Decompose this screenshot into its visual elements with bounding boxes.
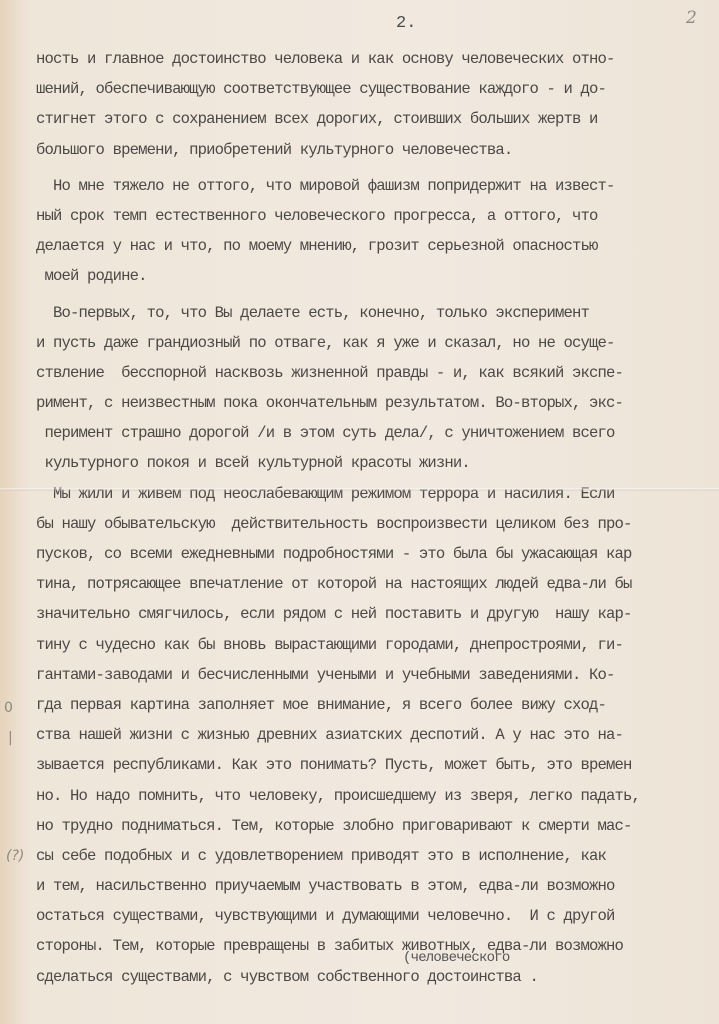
text-line: пусков, со всеми ежедневными подробностя… (36, 539, 716, 569)
handwritten-insertion: (человеческого (403, 950, 509, 966)
text-line: гда первая картина заполняет мое внимани… (36, 690, 716, 720)
text-line: сделаться существами, с чувством собстве… (36, 962, 716, 992)
margin-mark: 0 (4, 700, 13, 716)
page-number: 2. (396, 14, 416, 33)
text-line: стигнет этого с сохранением всех дорогих… (36, 104, 716, 134)
text-line: бы нашу обывательскую действительность в… (36, 509, 716, 539)
text-line: значительно смягчилось, если рядом с ней… (36, 599, 716, 629)
text-line: но трудно подниматься. Тем, которые злоб… (36, 811, 716, 841)
text-line: перимент страшно дорогой /и в этом суть … (36, 418, 716, 448)
typewritten-text: ность и главное достоинство человека и к… (36, 44, 716, 992)
text-line: и пусть даже грандиозный по отваге, как … (36, 328, 716, 358)
document-page: 2. 2 ность и главное достоинство человек… (0, 0, 719, 1024)
text-line: но. Но надо помнить, что человеку, проис… (36, 781, 716, 811)
text-line: моей родине. (36, 261, 716, 291)
text-line: ный срок темп естественного человеческог… (36, 201, 716, 231)
text-line: сы себе подобных и с удовлетворением при… (36, 841, 716, 871)
text-line: ства нашей жизни с жизнью древних азиатс… (36, 720, 716, 750)
text-line: культурного покоя и всей культурной крас… (36, 448, 716, 478)
text-line: Во-первых, то, что Вы делаете есть, коне… (36, 298, 716, 328)
text-line: ность и главное достоинство человека и к… (36, 44, 716, 74)
handwritten-page-number: 2 (686, 8, 697, 28)
text-line: гантами-заводами и бесчисленными учеными… (36, 660, 716, 690)
text-line: делается у нас и что, по моему мнению, г… (36, 231, 716, 261)
text-line: остаться существами, чувствующими и дума… (36, 901, 716, 931)
text-line: тина, потрясающее впечатление от которой… (36, 569, 716, 599)
text-line: Но мне тяжело не оттого, что мировой фаш… (36, 171, 716, 201)
text-line: Мы жили и живем под неослабевающим режим… (36, 479, 716, 509)
text-line: стороны. Тем, которые превращены в забит… (36, 931, 716, 961)
text-line: римент, с неизвестным пока окончательным… (36, 388, 716, 418)
text-line: и тем, насильственно приучаемым участвов… (36, 871, 716, 901)
margin-mark: (?) (6, 848, 24, 864)
text-line: большого времени, приобретений культурно… (36, 135, 716, 165)
text-line: зывается республиками. Как это понимать?… (36, 750, 716, 780)
text-line: шений, обеспечивающую соответствующее су… (36, 74, 716, 104)
text-line: ствление бесспорной насквозь жизненной п… (36, 358, 716, 388)
margin-mark: | (8, 730, 13, 746)
text-line: тину с чудесно как бы вновь вырастающими… (36, 630, 716, 660)
